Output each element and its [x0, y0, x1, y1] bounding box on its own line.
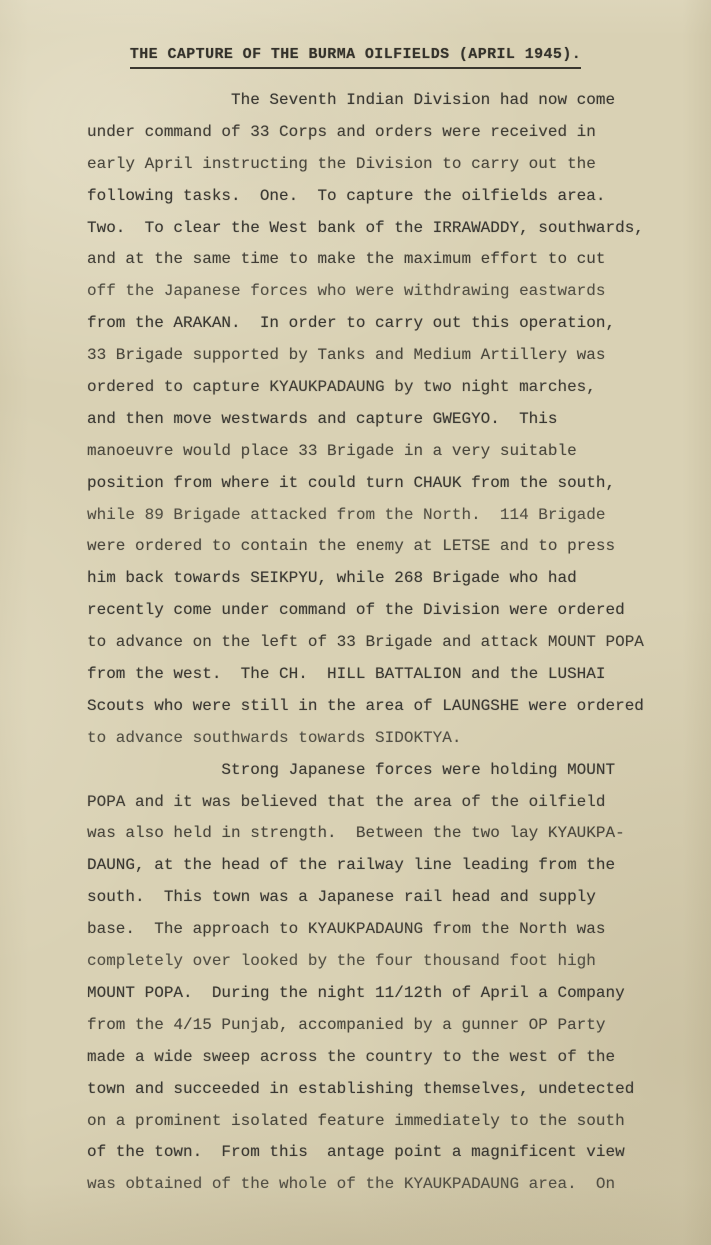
title-row: THE CAPTURE OF THE BURMA OILFIELDS (APRI…: [0, 0, 711, 69]
text-line: off the Japanese forces who were withdra…: [87, 276, 691, 308]
paragraph: The Seventh Indian Division had now come…: [87, 85, 691, 755]
text-line: Two. To clear the West bank of the IRRAW…: [87, 213, 691, 245]
text-line: from the 4/15 Punjab, accompanied by a g…: [87, 1010, 691, 1042]
text-line: ordered to capture KYAUKPADAUNG by two n…: [87, 372, 691, 404]
text-line: was obtained of the whole of the KYAUKPA…: [87, 1169, 691, 1201]
text-line: to advance on the left of 33 Brigade and…: [87, 627, 691, 659]
paragraph: Strong Japanese forces were holding MOUN…: [87, 755, 691, 1201]
document-page: THE CAPTURE OF THE BURMA OILFIELDS (APRI…: [0, 0, 711, 1245]
text-line: base. The approach to KYAUKPADAUNG from …: [87, 914, 691, 946]
text-line: Strong Japanese forces were holding MOUN…: [87, 755, 691, 787]
text-line: to advance southwards towards SIDOKTYA.: [87, 723, 691, 755]
text-line: Scouts who were still in the area of LAU…: [87, 691, 691, 723]
text-line: of the town. From this antage point a ma…: [87, 1137, 691, 1169]
text-line: on a prominent isolated feature immediat…: [87, 1106, 691, 1138]
text-line: The Seventh Indian Division had now come: [87, 85, 691, 117]
text-line: from the west. The CH. HILL BATTALION an…: [87, 659, 691, 691]
text-line: while 89 Brigade attacked from the North…: [87, 500, 691, 532]
text-line: early April instructing the Division to …: [87, 149, 691, 181]
text-line: south. This town was a Japanese rail hea…: [87, 882, 691, 914]
text-line: position from where it could turn CHAUK …: [87, 468, 691, 500]
text-line: MOUNT POPA. During the night 11/12th of …: [87, 978, 691, 1010]
text-line: were ordered to contain the enemy at LET…: [87, 531, 691, 563]
text-line: completely over looked by the four thous…: [87, 946, 691, 978]
text-line: 33 Brigade supported by Tanks and Medium…: [87, 340, 691, 372]
text-line: and then move westwards and capture GWEG…: [87, 404, 691, 436]
text-line: and at the same time to make the maximum…: [87, 244, 691, 276]
document-body: The Seventh Indian Division had now come…: [87, 85, 691, 1201]
text-line: made a wide sweep across the country to …: [87, 1042, 691, 1074]
text-line: him back towards SEIKPYU, while 268 Brig…: [87, 563, 691, 595]
text-line: POPA and it was believed that the area o…: [87, 787, 691, 819]
text-line: town and succeeded in establishing thems…: [87, 1074, 691, 1106]
text-line: from the ARAKAN. In order to carry out t…: [87, 308, 691, 340]
text-line: manoeuvre would place 33 Brigade in a ve…: [87, 436, 691, 468]
text-line: under command of 33 Corps and orders wer…: [87, 117, 691, 149]
text-line: recently come under command of the Divis…: [87, 595, 691, 627]
text-line: was also held in strength. Between the t…: [87, 818, 691, 850]
document-title: THE CAPTURE OF THE BURMA OILFIELDS (APRI…: [130, 46, 581, 69]
text-line: DAUNG, at the head of the railway line l…: [87, 850, 691, 882]
text-line: following tasks. One. To capture the oil…: [87, 181, 691, 213]
